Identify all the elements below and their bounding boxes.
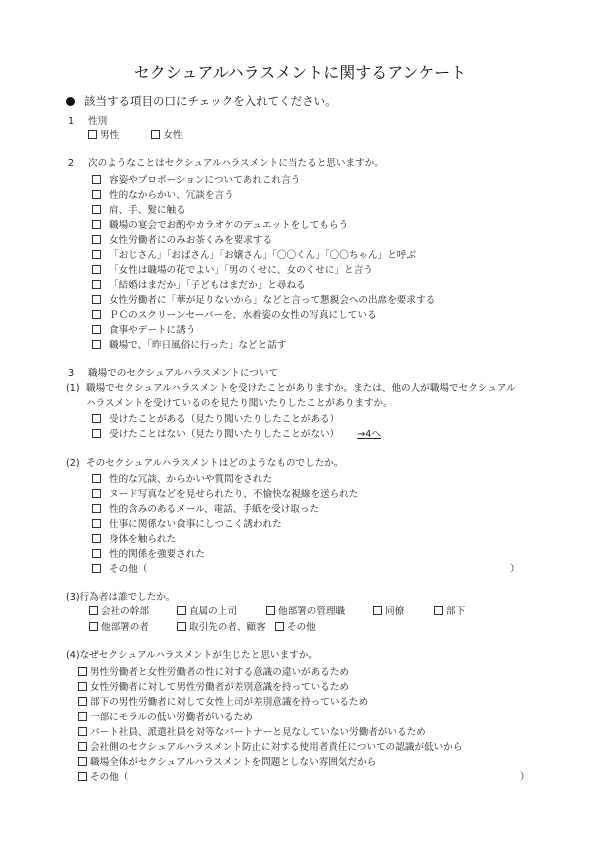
- checkbox[interactable]: [434, 606, 443, 615]
- page-title: セクシュアルハラスメントに関するアンケート: [0, 60, 600, 83]
- checkbox[interactable]: [92, 564, 101, 573]
- q1-number: 1: [68, 115, 88, 128]
- option-label: 「おじさん」「おばさん」「お嬢さん」「〇〇くん」「〇〇ちゃん」と呼ぶ: [109, 250, 416, 261]
- q3-3-option[interactable]: 会社の幹部: [89, 605, 149, 618]
- q3-1-text: 職場でセクシュアルハラスメントを受けたことがありますか。または、他の人が職場でセ…: [86, 383, 516, 394]
- checkbox[interactable]: [266, 606, 275, 615]
- instruction-text: 該当する項目の口にチェックを入れてください。: [84, 94, 337, 108]
- option-label: 女性労働者に対して男性労働者が差別意識を持っているため: [90, 682, 349, 693]
- checkbox[interactable]: [92, 310, 101, 319]
- option-label: 容姿やプロポーションについてあれこれ言う: [109, 175, 300, 186]
- checkbox[interactable]: [92, 250, 101, 259]
- other-close-paren: ）: [510, 563, 520, 576]
- option-label: 会社の幹部: [101, 606, 149, 617]
- q1-option-male[interactable]: 男性: [88, 130, 119, 141]
- checkbox[interactable]: [88, 130, 97, 139]
- q3-3-option[interactable]: 他部署の者: [89, 621, 149, 634]
- option-label: 職場で、「昨日風俗に行った」などと話す: [109, 340, 286, 351]
- option-label: 男性労働者と女性労働者の性に対する意識の違いがあるため: [90, 667, 349, 678]
- q3-4-option[interactable]: 一部にモラルの低い労働者がいるため: [78, 711, 253, 724]
- q3-1-question-cont: ハラスメントを受けているのを見たり聞いたりしたことがありますか。: [86, 397, 393, 410]
- option-label: 部下の男性労働者に対して女性上司が差別意識を持っているため: [90, 697, 368, 708]
- q2-option[interactable]: 食事やデートに誘う: [92, 324, 195, 337]
- checkbox[interactable]: [78, 772, 87, 781]
- option-label: 性的関係を強要された: [109, 549, 205, 560]
- q2-number: 2: [68, 157, 88, 170]
- checkbox[interactable]: [92, 504, 101, 513]
- checkbox[interactable]: [78, 757, 87, 766]
- q3-3-text: 行為者は誰でしたか。: [80, 592, 176, 603]
- option-label: ヌード写真などを見せられたり、不愉快な視線を送られた: [109, 489, 358, 500]
- q3-2-option-other[interactable]: その他（: [92, 563, 147, 576]
- option-label: その他（: [90, 772, 128, 783]
- checkbox[interactable]: [92, 325, 101, 334]
- option-label: 性的な冗談、からかいや質問をされた: [109, 474, 272, 485]
- q2-option[interactable]: 性的なからかい、冗談を言う: [92, 189, 234, 202]
- q2-option[interactable]: 職場で、「昨日風俗に行った」などと話す: [92, 339, 286, 352]
- q3-4-option[interactable]: 女性労働者に対して男性労働者が差別意識を持っているため: [78, 681, 349, 694]
- option-label: 女性労働者にのみお茶くみを要求する: [109, 235, 272, 246]
- q1-heading: 1性別: [68, 115, 107, 128]
- q3-number: 3: [68, 367, 88, 380]
- q3-3-option[interactable]: 直属の上司: [177, 605, 237, 618]
- survey-page: セクシュアルハラスメントに関するアンケート 該当する項目の口にチェックを入れてく…: [0, 0, 600, 852]
- option-label: 「結婚はまだか」「子どもはまだか」と尋ねる: [109, 280, 306, 291]
- q3-3-option[interactable]: 他部署の管理職: [266, 605, 345, 618]
- q3-3-option[interactable]: その他: [275, 621, 316, 634]
- checkbox[interactable]: [92, 235, 101, 244]
- q3-1-question: (1)職場でセクシュアルハラスメントを受けたことがありますか。または、他の人が職…: [66, 382, 516, 395]
- q2-option[interactable]: 職場の宴会でお酌やカラオケのデュエットをしてもらう: [92, 219, 348, 232]
- checkbox[interactable]: [92, 549, 101, 558]
- checkbox[interactable]: [78, 682, 87, 691]
- q3-2-option[interactable]: 性的含みのあるメール、電話、手紙を受け取った: [92, 503, 319, 516]
- q3-1-option[interactable]: 受けたことはない（見たり聞いたりしたことがない）→4へ: [92, 428, 381, 441]
- option-label: 他部署の管理職: [278, 606, 345, 617]
- q3-2-option[interactable]: 身体を触られた: [92, 533, 176, 546]
- q3-3-option[interactable]: 部下: [434, 605, 465, 618]
- option-label: 他部署の者: [101, 622, 149, 633]
- q3-4-option[interactable]: 職場全体がセクシュアルハラスメントを問題としない雰囲気だから: [78, 756, 376, 769]
- checkbox[interactable]: [92, 489, 101, 498]
- q2-option[interactable]: 女性労働者にのみお茶くみを要求する: [92, 234, 272, 247]
- q3-4-option[interactable]: 部下の男性労働者に対して女性上司が差別意識を持っているため: [78, 696, 368, 709]
- checkbox[interactable]: [92, 220, 101, 229]
- q3-3-option[interactable]: 同僚: [373, 605, 404, 618]
- checkbox[interactable]: [92, 340, 101, 349]
- checkbox[interactable]: [92, 265, 101, 274]
- checkbox[interactable]: [78, 667, 87, 676]
- option-label: 部下: [446, 606, 465, 617]
- option-label: 男性: [100, 130, 119, 141]
- q3-2-option[interactable]: 性的関係を強要された: [92, 548, 205, 561]
- checkbox[interactable]: [78, 742, 87, 751]
- checkbox[interactable]: [177, 606, 186, 615]
- q3-heading: 3職場でのセクシュアルハラスメントについて: [68, 367, 278, 380]
- q3-3-option[interactable]: 取引先の者、顧客: [177, 621, 266, 634]
- option-label: 「女性は職場の花でよい」「男のくせに、女のくせに」と言う: [109, 265, 373, 276]
- option-label: 直属の上司: [189, 606, 237, 617]
- q3-2-option[interactable]: 仕事に関係ない食事にしつこく誘われた: [92, 518, 282, 531]
- q3-4-number: (4): [66, 650, 80, 661]
- q3-4-option[interactable]: 会社側のセクシュアルハラスメント防止に対する使用者責任についての認識が低いから: [78, 741, 462, 754]
- q2-label: 次のようなことはセクシュアルハラスメントに当たると思いますか。: [88, 158, 384, 169]
- option-label: 会社側のセクシュアルハラスメント防止に対する使用者責任についての認識が低いから: [90, 742, 462, 753]
- q3-4-text: なぜセクシュアルハラスメントが生じたと思いますか。: [80, 650, 318, 661]
- q3-3-question: (3)行為者は誰でしたか。: [66, 591, 176, 604]
- checkbox[interactable]: [92, 414, 101, 423]
- q3-3-number: (3): [66, 592, 80, 603]
- q1-options: 男性 女性: [88, 129, 183, 142]
- checkbox[interactable]: [92, 429, 101, 438]
- q2-option[interactable]: 「女性は職場の花でよい」「男のくせに、女のくせに」と言う: [92, 264, 373, 277]
- option-label: 受けたことがある（見たり聞いたりしたことがある）: [109, 414, 339, 425]
- q2-option[interactable]: 女性労働者に「華が足りないから」などと言って懇親会への出席を要求する: [92, 294, 435, 307]
- option-label: 一部にモラルの低い労働者がいるため: [90, 712, 253, 723]
- q2-option[interactable]: 「結婚はまだか」「子どもはまだか」と尋ねる: [92, 279, 306, 292]
- checkbox[interactable]: [92, 205, 101, 214]
- checkbox[interactable]: [92, 280, 101, 289]
- other-close-paren: ）: [520, 771, 530, 784]
- checkbox[interactable]: [78, 697, 87, 706]
- option-label: 受けたことはない（見たり聞いたりしたことがない）: [109, 429, 339, 440]
- option-label: 職場全体がセクシュアルハラスメントを問題としない雰囲気だから: [90, 757, 376, 768]
- q3-2-option[interactable]: 性的な冗談、からかいや質問をされた: [92, 473, 272, 486]
- bullet-icon: [66, 97, 75, 106]
- q3-4-option[interactable]: 男性労働者と女性労働者の性に対する意識の違いがあるため: [78, 666, 349, 679]
- q3-label: 職場でのセクシュアルハラスメントについて: [88, 368, 278, 379]
- checkbox[interactable]: [89, 606, 98, 615]
- checkbox[interactable]: [92, 519, 101, 528]
- q3-2-option[interactable]: ヌード写真などを見せられたり、不愉快な視線を送られた: [92, 488, 358, 501]
- q3-2-text: そのセクシュアルハラスメントはどのようなものでしたか。: [86, 458, 344, 469]
- option-label: 女性労働者に「華が足りないから」などと言って懇親会への出席を要求する: [109, 295, 435, 306]
- q3-1-option[interactable]: 受けたことがある（見たり聞いたりしたことがある）: [92, 413, 339, 426]
- q2-option[interactable]: 「おじさん」「おばさん」「お嬢さん」「〇〇くん」「〇〇ちゃん」と呼ぶ: [92, 249, 416, 262]
- q1-option-female[interactable]: 女性: [151, 130, 182, 141]
- q2-option[interactable]: 肩、手、髪に触る: [92, 204, 186, 217]
- option-label: その他（: [109, 564, 147, 575]
- q1-label: 性別: [88, 116, 107, 127]
- q3-4-question: (4)なぜセクシュアルハラスメントが生じたと思いますか。: [66, 649, 318, 662]
- option-label: 仕事に関係ない食事にしつこく誘われた: [109, 519, 282, 530]
- checkbox[interactable]: [177, 622, 186, 631]
- option-label: その他: [287, 622, 316, 633]
- q3-4-option[interactable]: パート社員、派遣社員を対等なパートナーと見なしていない労働者がいるため: [78, 726, 426, 739]
- option-label: 性的なからかい、冗談を言う: [109, 190, 234, 201]
- checkbox[interactable]: [373, 606, 382, 615]
- option-label: パート社員、派遣社員を対等なパートナーと見なしていない労働者がいるため: [90, 727, 426, 738]
- checkbox[interactable]: [89, 622, 98, 631]
- option-label: ＰＣのスクリーンセーバーを、水着姿の女性の写真にしている: [109, 310, 377, 321]
- option-label: 食事やデートに誘う: [109, 325, 195, 336]
- checkbox[interactable]: [92, 534, 101, 543]
- q3-4-option-other[interactable]: その他（: [78, 771, 128, 784]
- checkbox[interactable]: [151, 130, 160, 139]
- q3-2-question: (2)そのセクシュアルハラスメントはどのようなものでしたか。: [66, 457, 344, 470]
- option-label: 性的含みのあるメール、電話、手紙を受け取った: [109, 504, 319, 515]
- option-label: 女性: [163, 130, 182, 141]
- checkbox[interactable]: [92, 295, 101, 304]
- instruction: 該当する項目の口にチェックを入れてください。: [66, 93, 337, 109]
- q3-1-number: (1): [66, 382, 86, 395]
- checkbox[interactable]: [92, 474, 101, 483]
- checkbox[interactable]: [92, 190, 101, 199]
- option-label: 同僚: [385, 606, 404, 617]
- q2-option[interactable]: ＰＣのスクリーンセーバーを、水着姿の女性の写真にしている: [92, 309, 377, 322]
- option-label: 身体を触られた: [109, 534, 176, 545]
- checkbox[interactable]: [92, 175, 101, 184]
- q2-heading: 2次のようなことはセクシュアルハラスメントに当たると思いますか。: [68, 157, 384, 170]
- option-label: 職場の宴会でお酌やカラオケのデュエットをしてもらう: [109, 220, 348, 231]
- checkbox[interactable]: [78, 727, 87, 736]
- q3-2-number: (2): [66, 457, 86, 470]
- checkbox[interactable]: [275, 622, 284, 631]
- option-label: 肩、手、髪に触る: [109, 205, 186, 216]
- q2-option[interactable]: 容姿やプロポーションについてあれこれ言う: [92, 174, 300, 187]
- option-label: 取引先の者、顧客: [189, 622, 266, 633]
- skip-to-q4-link[interactable]: →4へ: [357, 429, 381, 440]
- checkbox[interactable]: [78, 712, 87, 721]
